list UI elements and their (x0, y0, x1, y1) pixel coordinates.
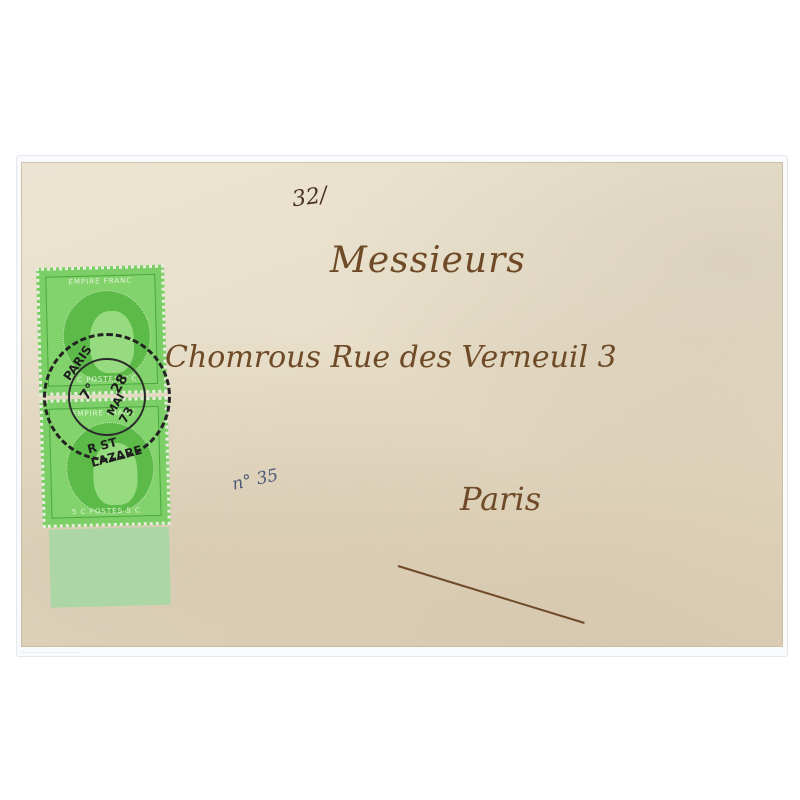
salutation: Messieurs (330, 240, 526, 281)
sheet-margin (49, 527, 171, 608)
stamp-top-inscription: EMPIRE FRANC (46, 276, 154, 287)
destination-city: Paris (460, 480, 541, 518)
addressee-line: Chomrous Rue des Verneuil 3 (165, 340, 617, 375)
postmark: PARIS 7° 28 MAI 73 R ST LAZARE (43, 333, 171, 461)
docket-number: 32/ (290, 183, 329, 213)
fold-line (21, 652, 81, 653)
stamp-bottom-inscription: 5 C POSTES 5 C (52, 506, 160, 517)
